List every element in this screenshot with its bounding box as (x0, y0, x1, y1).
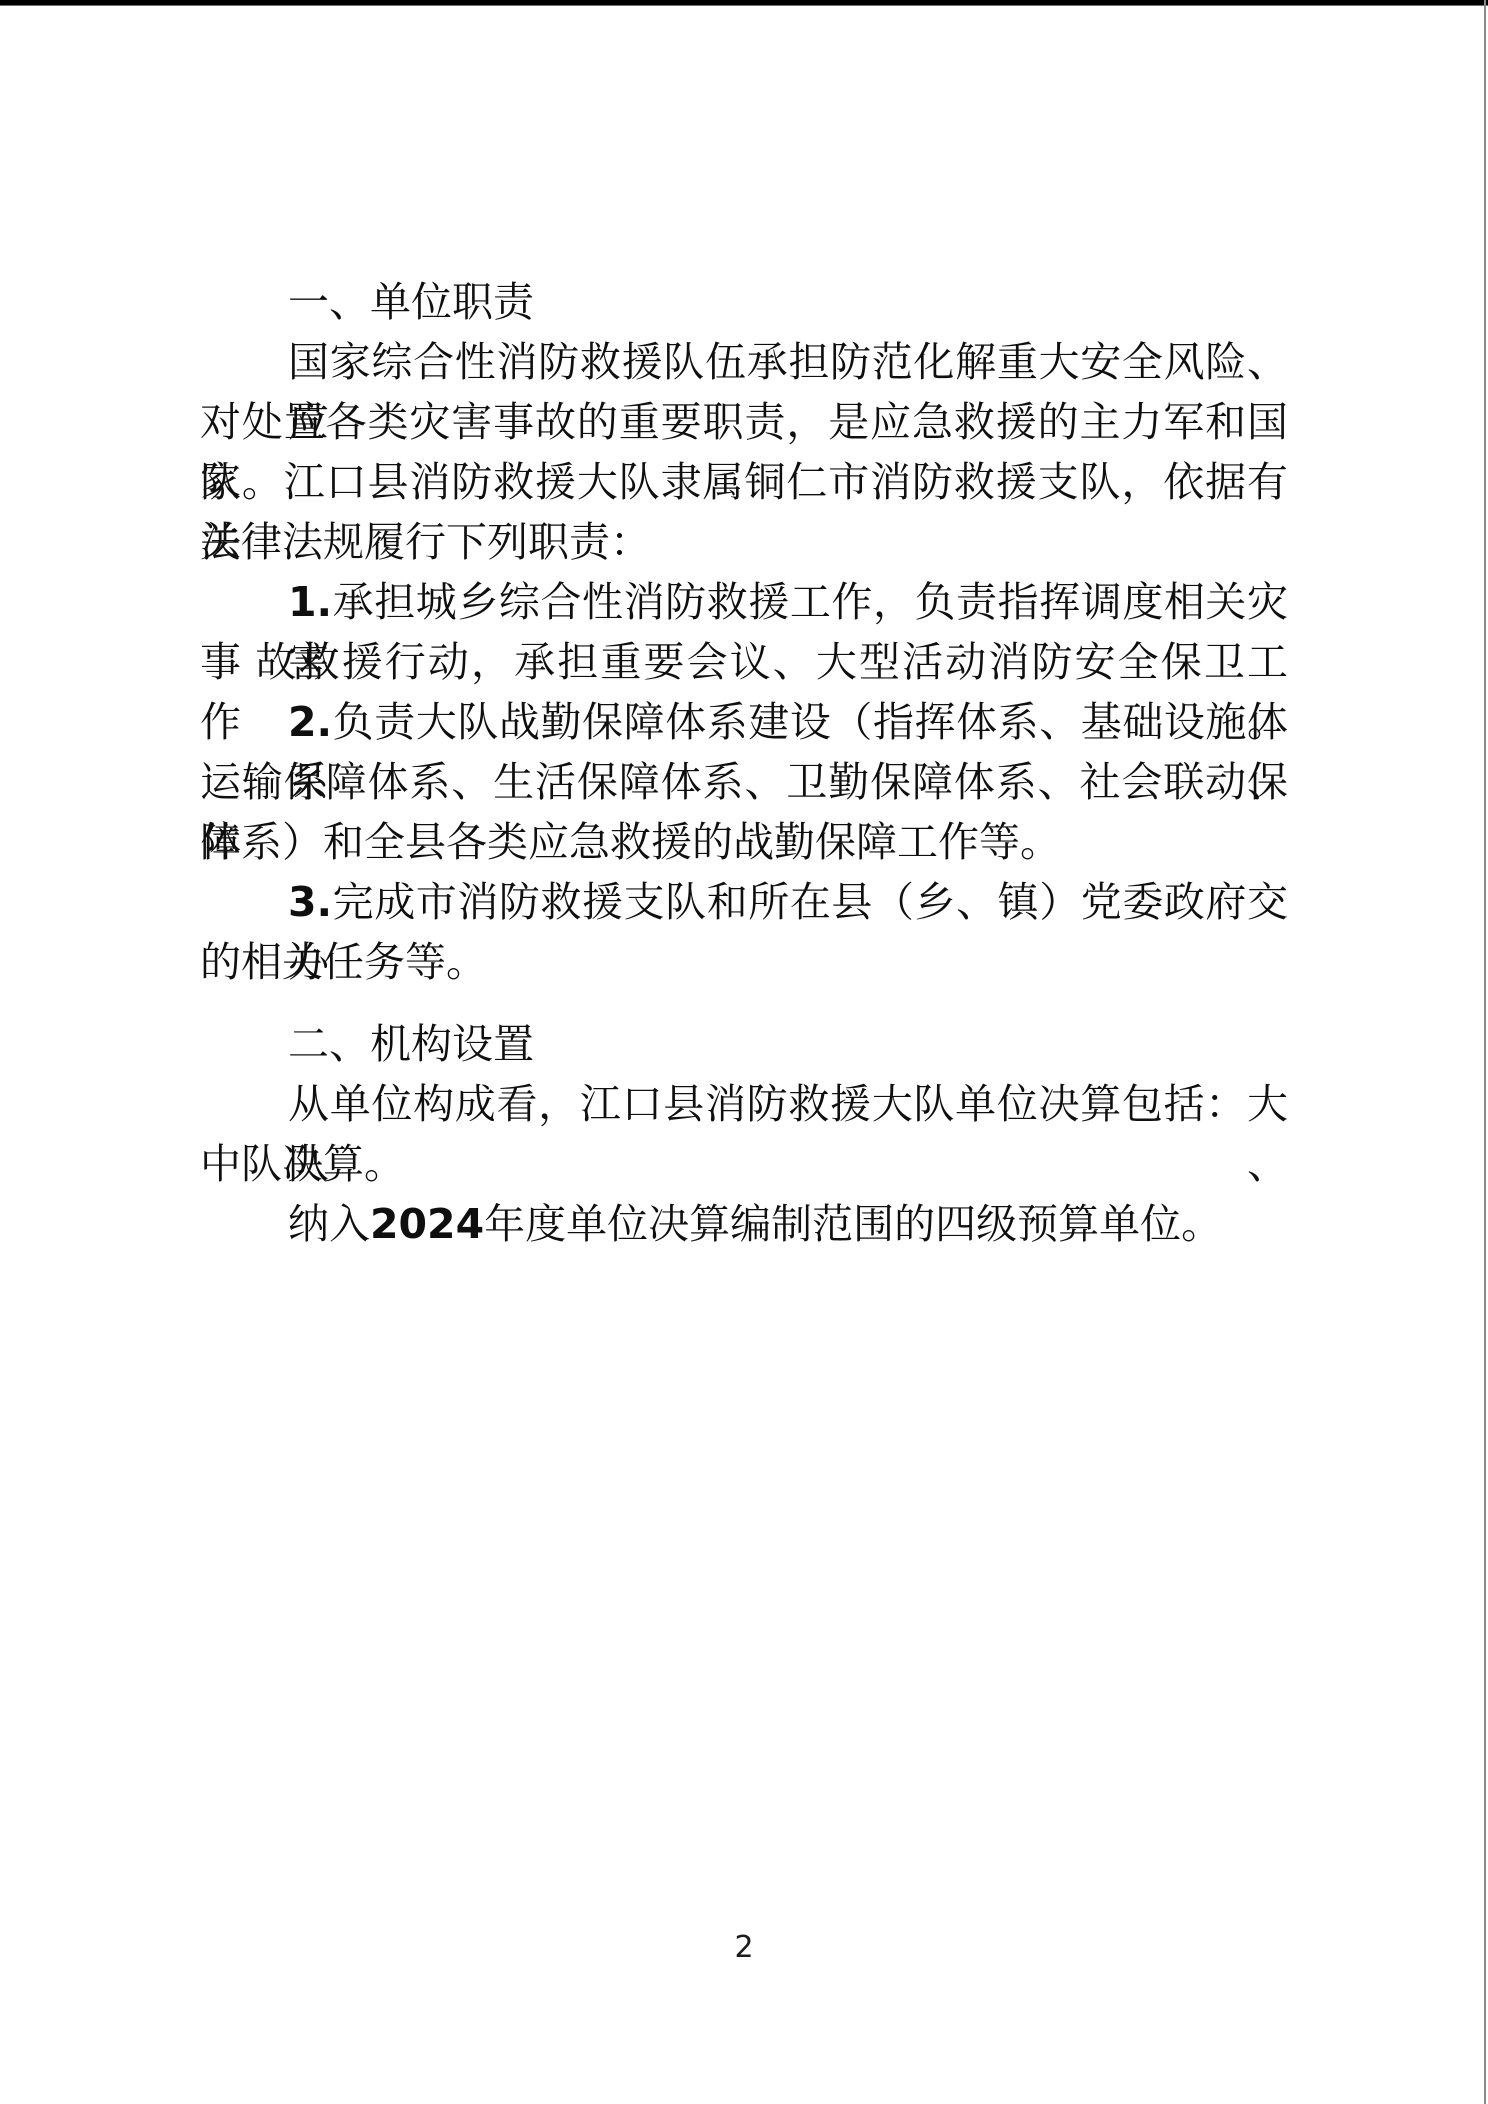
text-line: 1.承担城乡综合性消防救援工作，负责指挥调度相关灾害 (200, 572, 1288, 632)
section-heading: 一、单位职责 (200, 272, 1288, 332)
text-segment: 一、单位职责 (288, 279, 534, 325)
text-line: 的相关任务等。 (200, 932, 1288, 992)
scan-right-edge (1484, 0, 1486, 2104)
text-line: 3.完成市消防救援支队和所在县（乡、镇）党委政府交办 (200, 872, 1288, 932)
text-line: 事 故救援行动，承担重要会议、大型活动消防安全保卫工作。 (200, 632, 1288, 692)
bold-number: 2. (288, 698, 332, 746)
bold-number: 3. (288, 878, 332, 926)
text-line: 体系）和全县各类应急救援的战勤保障工作等。 (200, 812, 1288, 872)
bold-number: 2024 (370, 1200, 484, 1248)
bold-number: 1. (288, 578, 332, 626)
section-heading: 二、机构设置 (200, 1014, 1288, 1074)
text-line: 国家综合性消防救援队伍承担防范化解重大安全风险、应 (200, 332, 1288, 392)
text-segment: 的相关任务等。 (200, 939, 487, 985)
text-segment: 体系）和全县各类应急救援的战勤保障工作等。 (200, 819, 1061, 865)
text-segment: 纳入 (288, 1201, 370, 1247)
text-line: 对处置各类灾害事故的重要职责，是应急救援的主力军和国家 (200, 392, 1288, 452)
text-segment: 年度单位决算编制范围的四级预算单位。 (484, 1201, 1222, 1247)
scanned-document-page: 一、单位职责国家综合性消防救援队伍承担防范化解重大安全风险、应对处置各类灾害事故… (0, 0, 1488, 2104)
text-segment: 中队决算。 (200, 1141, 405, 1187)
text-line: 2.负责大队战勤保障体系建设（指挥体系、基础设施体系、 (200, 692, 1288, 752)
text-line: 法律法规履行下列职责： (200, 512, 1288, 572)
text-segment: 二、机构设置 (288, 1021, 534, 1067)
text-line: 运输保障体系、生活保障体系、卫勤保障体系、社会联动保障 (200, 752, 1288, 812)
text-line: 队。江口县消防救援大队隶属铜仁市消防救援支队，依据有关 (200, 452, 1288, 512)
text-segment: 从单位构成看，江口县消防救援大队单位决算包括：大队、 (288, 1081, 1288, 1187)
document-body: 一、单位职责国家综合性消防救援队伍承担防范化解重大安全风险、应对处置各类灾害事故… (200, 272, 1288, 1254)
page-number: 2 (0, 1930, 1488, 1966)
scan-top-edge (0, 0, 1488, 6)
text-segment: 法律法规履行下列职责： (200, 519, 651, 565)
text-line: 从单位构成看，江口县消防救援大队单位决算包括：大队、 (200, 1074, 1288, 1134)
text-line: 纳入2024年度单位决算编制范围的四级预算单位。 (200, 1194, 1288, 1254)
